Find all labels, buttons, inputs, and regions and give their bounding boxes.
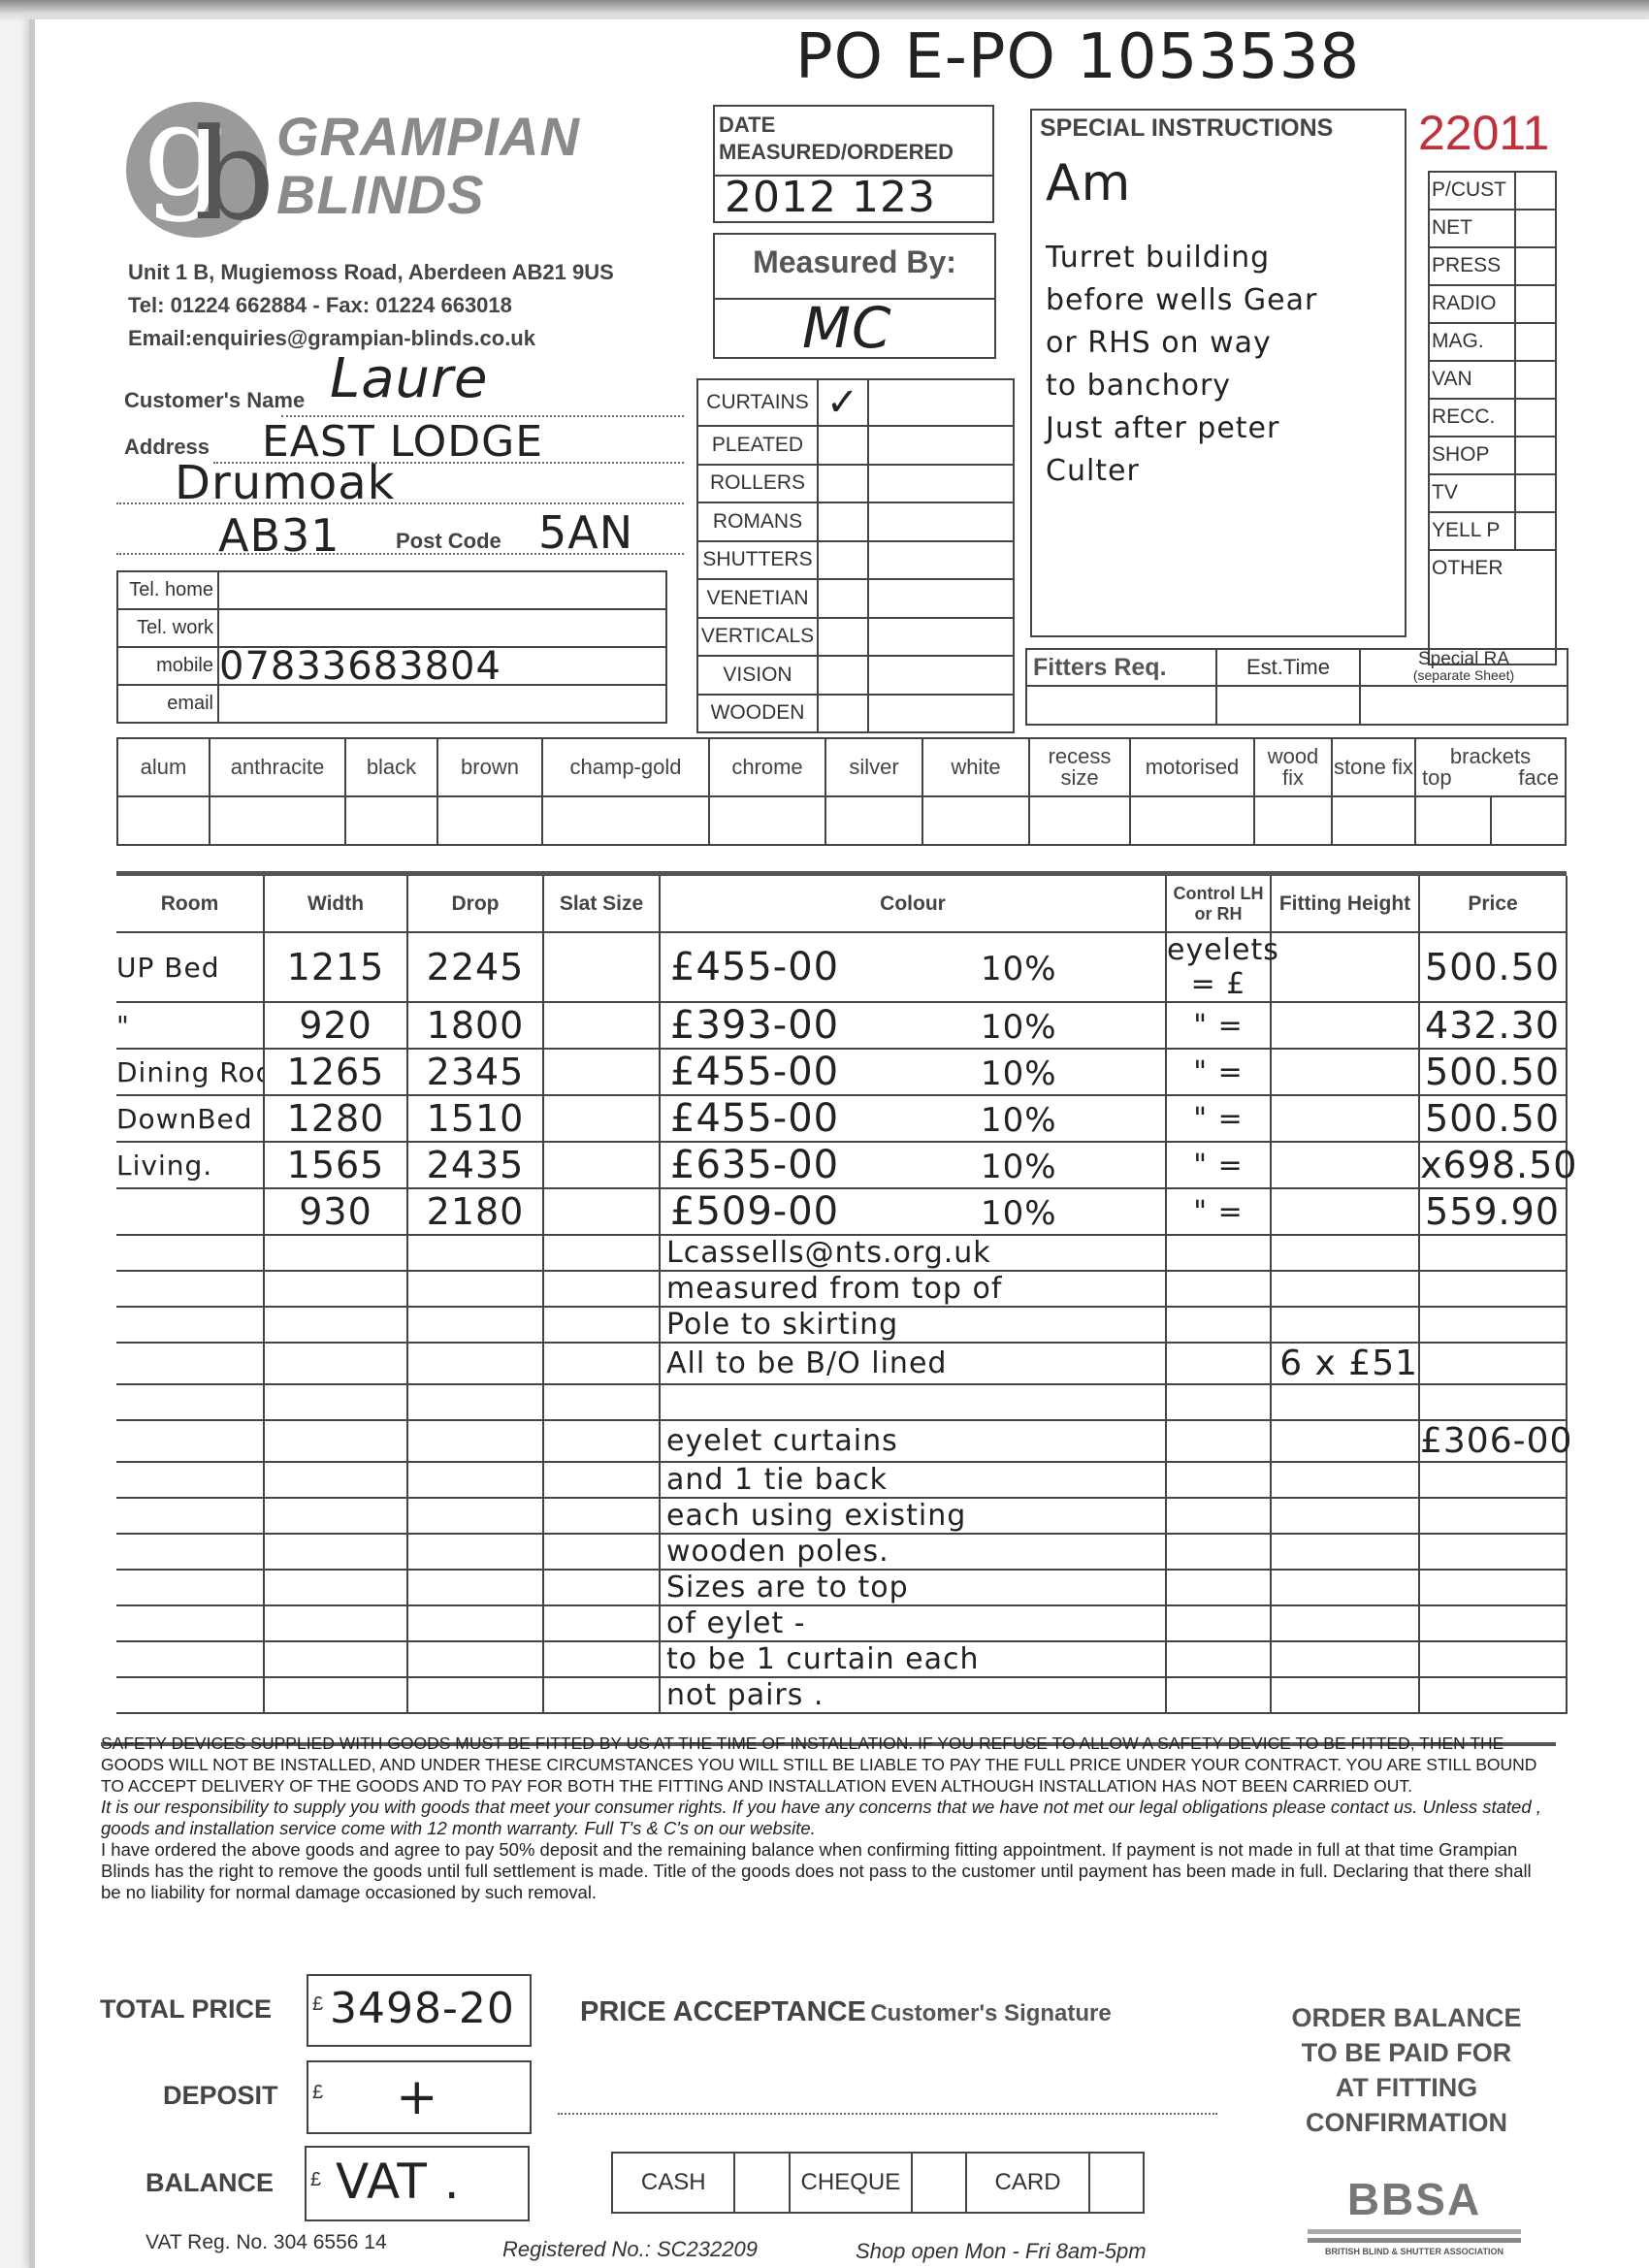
- source-checkbox[interactable]: [1515, 323, 1556, 361]
- order-empty-cell[interactable]: [407, 1605, 543, 1641]
- order-balance-notice: ORDER BALANCE TO BE PAID FOR AT FITTING …: [1251, 2000, 1562, 2140]
- order-empty-cell[interactable]: [407, 1271, 543, 1307]
- order-fitting-height[interactable]: [1271, 1235, 1419, 1271]
- order-note-row: and 1 tie back: [116, 1462, 1567, 1498]
- source-checkbox[interactable]: [1515, 399, 1556, 437]
- brackets-label: bracketstopface: [1415, 738, 1566, 796]
- source-checkbox[interactable]: [1515, 361, 1556, 399]
- source-label: MAG.: [1429, 323, 1515, 361]
- order-price[interactable]: [1419, 1570, 1567, 1605]
- source-checklist: P/CUSTNETPRESSRADIOMAG.VANRECC.SHOPTVYEL…: [1428, 171, 1557, 665]
- order-fitting-height[interactable]: [1271, 1095, 1419, 1142]
- order-empty-cell[interactable]: [116, 1343, 264, 1384]
- order-empty-cell[interactable]: [116, 1235, 264, 1271]
- order-empty-cell[interactable]: [264, 1271, 407, 1307]
- order-colour[interactable]: £455-0010%: [660, 932, 1166, 1002]
- order-empty-cell[interactable]: [264, 1235, 407, 1271]
- product-type-checkbox[interactable]: ✓: [818, 379, 868, 426]
- product-type-notes[interactable]: [868, 465, 1014, 503]
- order-fitting-height[interactable]: [1271, 1605, 1419, 1641]
- order-note[interactable]: wooden poles.: [660, 1534, 1166, 1570]
- order-slat-size[interactable]: [543, 1095, 660, 1142]
- order-drop[interactable]: 1800: [407, 1002, 543, 1049]
- order-colour[interactable]: £509-0010%: [660, 1188, 1166, 1235]
- balance-value[interactable]: VAT .: [336, 2154, 461, 2210]
- brackets-top-checkbox[interactable]: [1415, 796, 1491, 845]
- order-slat-size[interactable]: [543, 1188, 660, 1235]
- finish-option-checkbox[interactable]: [117, 796, 210, 845]
- payment-method-checkbox[interactable]: [734, 2153, 789, 2213]
- fitters-table: Fitters Req. Est.Time Special RA(separat…: [1025, 648, 1568, 726]
- brackets-face-checkbox[interactable]: [1491, 796, 1567, 845]
- finish-option-label: silver: [825, 738, 922, 796]
- order-empty-cell[interactable]: [1166, 1384, 1271, 1420]
- phone-table: Tel. homeTel. workmobile07833683804email: [116, 570, 667, 724]
- order-fitting-height[interactable]: [1271, 1641, 1419, 1677]
- payment-method-label: CASH: [612, 2153, 734, 2213]
- source-checkbox[interactable]: [1515, 437, 1556, 474]
- source-checkbox[interactable]: [1515, 210, 1556, 247]
- order-empty-cell[interactable]: [407, 1570, 543, 1605]
- customer-name-value[interactable]: Laure: [330, 347, 488, 410]
- order-room[interactable]: Living.: [116, 1142, 264, 1188]
- order-column-header: Fitting Height: [1271, 876, 1419, 932]
- order-drop[interactable]: 1510: [407, 1095, 543, 1142]
- order-control[interactable]: eyelets = £: [1166, 932, 1271, 1002]
- product-type-checkbox[interactable]: [818, 541, 868, 580]
- order-empty-cell[interactable]: [543, 1384, 660, 1420]
- order-fitting-height[interactable]: [1271, 1534, 1419, 1570]
- order-price[interactable]: [1419, 1271, 1567, 1307]
- order-empty-cell[interactable]: [1166, 1307, 1271, 1343]
- order-note[interactable]: of eylet -: [660, 1605, 1166, 1641]
- order-price[interactable]: 500.50: [1419, 932, 1567, 1002]
- product-type-notes[interactable]: [868, 541, 1014, 580]
- order-price[interactable]: [1419, 1641, 1567, 1677]
- company-address: Unit 1 B, Mugiemoss Road, Aberdeen AB21 …: [128, 260, 614, 285]
- deposit-value[interactable]: +: [396, 2068, 439, 2126]
- finish-option-checkbox[interactable]: [210, 796, 345, 845]
- shop-hours: Shop open Mon - Fri 8am-5pm: [856, 2239, 1147, 2264]
- order-empty-cell[interactable]: [116, 1534, 264, 1570]
- source-checkbox[interactable]: [1515, 247, 1556, 285]
- order-empty-cell[interactable]: [1166, 1534, 1271, 1570]
- product-type-notes[interactable]: [868, 379, 1014, 426]
- order-empty-cell[interactable]: [407, 1534, 543, 1570]
- order-note[interactable]: to be 1 curtain each: [660, 1641, 1166, 1677]
- order-empty-cell[interactable]: [543, 1307, 660, 1343]
- brackets-top-label: top: [1422, 767, 1452, 789]
- order-drop[interactable]: 2180: [407, 1188, 543, 1235]
- order-empty-cell[interactable]: [1166, 1343, 1271, 1384]
- source-label: PRESS: [1429, 247, 1515, 285]
- order-room[interactable]: [116, 1188, 264, 1235]
- source-label: P/CUST: [1429, 172, 1515, 210]
- price-acceptance-title: PRICE ACCEPTANCE: [580, 1996, 866, 2027]
- order-fitting-height[interactable]: [1271, 1570, 1419, 1605]
- product-type-checkbox[interactable]: [818, 695, 868, 733]
- order-note[interactable]: Sizes are to top: [660, 1570, 1166, 1605]
- brackets-face-label: face: [1518, 767, 1559, 789]
- phone-label: Tel. home: [117, 571, 218, 609]
- product-type-row: PLEATED: [697, 426, 1014, 465]
- order-note[interactable]: measured from top of: [660, 1271, 1166, 1307]
- product-type-row: ROLLERS: [697, 465, 1014, 503]
- product-type-checkbox[interactable]: [818, 502, 868, 541]
- source-row: PRESS: [1429, 247, 1556, 285]
- order-drop[interactable]: 2245: [407, 932, 543, 1002]
- finish-option-checkbox[interactable]: [825, 796, 922, 845]
- order-column-header: Control LH or RH: [1166, 876, 1271, 932]
- order-column-header: Room: [116, 876, 264, 932]
- order-fitting-height[interactable]: [1271, 1307, 1419, 1343]
- est-time-label: Est.Time: [1216, 649, 1360, 686]
- order-empty-cell[interactable]: [1166, 1677, 1271, 1713]
- finish-option-label: champ-gold: [542, 738, 709, 796]
- order-empty-cell[interactable]: [543, 1534, 660, 1570]
- order-empty-cell[interactable]: [264, 1534, 407, 1570]
- order-empty-cell[interactable]: [264, 1641, 407, 1677]
- finish-option-checkbox[interactable]: [542, 796, 709, 845]
- customer-name-label: Customer's Name: [124, 388, 305, 413]
- date-value[interactable]: 2012 123: [725, 173, 936, 222]
- order-slat-size[interactable]: [543, 1049, 660, 1095]
- payment-method-label: CHEQUE: [790, 2153, 912, 2213]
- order-empty-cell[interactable]: [543, 1462, 660, 1498]
- order-price[interactable]: [1419, 1605, 1567, 1641]
- order-price[interactable]: x698.50: [1419, 1142, 1567, 1188]
- finish-option-label: brown: [437, 738, 542, 796]
- order-control[interactable]: " =: [1166, 1095, 1271, 1142]
- source-row: MAG.: [1429, 323, 1556, 361]
- phone-label: Tel. work: [117, 609, 218, 647]
- order-fitting-height[interactable]: [1271, 1462, 1419, 1498]
- order-empty-cell[interactable]: [1166, 1462, 1271, 1498]
- measured-by-value[interactable]: MC: [802, 295, 892, 361]
- product-type-checkbox[interactable]: [818, 579, 868, 618]
- balance-box: £ VAT .: [305, 2146, 530, 2221]
- order-fitting-height[interactable]: [1271, 1002, 1419, 1049]
- order-empty-cell[interactable]: [543, 1677, 660, 1713]
- order-note[interactable]: not pairs .: [660, 1677, 1166, 1713]
- consumer-rights-notice: It is our responsibility to supply you w…: [101, 1797, 1556, 1839]
- product-type-row: VERTICALS: [697, 618, 1014, 657]
- order-price[interactable]: 500.50: [1419, 1095, 1567, 1142]
- order-price[interactable]: £306-00: [1419, 1420, 1567, 1462]
- source-label: VAN: [1429, 361, 1515, 399]
- order-empty-cell[interactable]: [264, 1384, 407, 1420]
- order-slat-size[interactable]: [543, 1002, 660, 1049]
- order-fitting-height[interactable]: [1271, 1049, 1419, 1095]
- order-fitting-height[interactable]: [1271, 1188, 1419, 1235]
- order-empty-cell[interactable]: [264, 1605, 407, 1641]
- phone-label: mobile: [117, 647, 218, 685]
- order-empty-cell[interactable]: [264, 1420, 407, 1462]
- order-width[interactable]: 1280: [264, 1095, 407, 1142]
- order-fitting-height[interactable]: [1271, 1142, 1419, 1188]
- product-type-checkbox[interactable]: [818, 426, 868, 465]
- finish-option-checkbox[interactable]: [1254, 796, 1332, 845]
- phone-value[interactable]: [218, 609, 666, 647]
- payment-method-checkbox[interactable]: [1089, 2153, 1144, 2213]
- order-empty-cell[interactable]: [407, 1641, 543, 1677]
- special-ra-input[interactable]: [1360, 686, 1568, 725]
- source-checkbox[interactable]: [1515, 172, 1556, 210]
- order-empty-cell[interactable]: [264, 1307, 407, 1343]
- payment-method-label: CARD: [966, 2153, 1088, 2213]
- order-empty-cell[interactable]: [1166, 1570, 1271, 1605]
- order-fitting-height[interactable]: [1271, 1677, 1419, 1713]
- order-row: "9201800£393-0010%" =432.30: [116, 1002, 1567, 1049]
- product-type-label: SHUTTERS: [697, 541, 818, 580]
- order-empty-cell[interactable]: [116, 1307, 264, 1343]
- product-type-notes[interactable]: [868, 695, 1014, 733]
- order-note-row: measured from top of: [116, 1271, 1567, 1307]
- order-empty-cell[interactable]: [543, 1420, 660, 1462]
- order-empty-cell[interactable]: [116, 1462, 264, 1498]
- order-note[interactable]: Pole to skirting: [660, 1307, 1166, 1343]
- date-label-1: DATE: [719, 113, 775, 138]
- special-instructions-text[interactable]: Am Turret building before wells Gear or …: [1046, 149, 1317, 493]
- order-control[interactable]: " =: [1166, 1002, 1271, 1049]
- product-type-checkbox[interactable]: [818, 656, 868, 695]
- order-control[interactable]: " =: [1166, 1142, 1271, 1188]
- legal-text: SAFETY DEVICES SUPPLIED WITH GOODS MUST …: [101, 1733, 1556, 1903]
- postcode-value[interactable]: 5AN: [538, 506, 633, 559]
- order-width[interactable]: 1265: [264, 1049, 407, 1095]
- order-empty-cell[interactable]: [1166, 1235, 1271, 1271]
- order-column-header: Slat Size: [543, 876, 660, 932]
- phone-value[interactable]: 07833683804: [218, 647, 666, 685]
- product-type-notes[interactable]: [868, 502, 1014, 541]
- finish-option-checkbox[interactable]: [437, 796, 542, 845]
- order-price[interactable]: [1419, 1462, 1567, 1498]
- source-row: P/CUST: [1429, 172, 1556, 210]
- order-empty-cell[interactable]: [407, 1420, 543, 1462]
- order-drop[interactable]: 2345: [407, 1049, 543, 1095]
- order-room[interactable]: ": [116, 1002, 264, 1049]
- finish-option-checkbox[interactable]: [922, 796, 1029, 845]
- order-fitting-height[interactable]: [1271, 932, 1419, 1002]
- order-empty-cell[interactable]: [264, 1570, 407, 1605]
- phone-value[interactable]: [218, 685, 666, 723]
- order-note[interactable]: and 1 tie back: [660, 1462, 1166, 1498]
- order-empty-cell[interactable]: [407, 1384, 543, 1420]
- finish-option-label: white: [922, 738, 1029, 796]
- fitters-req-input[interactable]: [1026, 686, 1216, 725]
- product-type-notes[interactable]: [868, 618, 1014, 657]
- order-empty-cell[interactable]: [543, 1235, 660, 1271]
- order-empty-cell[interactable]: [407, 1498, 543, 1534]
- order-room[interactable]: UP Bed: [116, 932, 264, 1002]
- order-price[interactable]: [1419, 1498, 1567, 1534]
- order-note-row: [116, 1384, 1567, 1420]
- order-column-header: Drop: [407, 876, 543, 932]
- product-type-notes[interactable]: [868, 656, 1014, 695]
- order-empty-cell[interactable]: [543, 1570, 660, 1605]
- finish-option-label: wood fix: [1254, 738, 1332, 796]
- order-fitting-height[interactable]: [1271, 1271, 1419, 1307]
- order-empty-cell[interactable]: [264, 1677, 407, 1713]
- product-type-label: ROLLERS: [697, 465, 818, 503]
- order-note[interactable]: each using existing: [660, 1498, 1166, 1534]
- finish-option-checkbox[interactable]: [1130, 796, 1254, 845]
- order-slat-size[interactable]: [543, 1142, 660, 1188]
- order-empty-cell[interactable]: [116, 1641, 264, 1677]
- order-colour[interactable]: £455-0010%: [660, 1049, 1166, 1095]
- order-price[interactable]: [1419, 1307, 1567, 1343]
- order-room[interactable]: Dining Room: [116, 1049, 264, 1095]
- finish-option-checkbox[interactable]: [1029, 796, 1130, 845]
- finish-option-checkbox[interactable]: [1332, 796, 1415, 845]
- source-checkbox[interactable]: [1515, 512, 1556, 550]
- order-empty-cell[interactable]: [407, 1462, 543, 1498]
- date-box: DATE MEASURED/ORDERED 2012 123: [713, 105, 994, 223]
- order-empty-cell[interactable]: [407, 1343, 543, 1384]
- product-type-notes[interactable]: [868, 426, 1014, 465]
- order-empty-cell[interactable]: [116, 1420, 264, 1462]
- po-number-handwritten: PO E-PO 1053538: [795, 21, 1360, 93]
- source-row: NET: [1429, 210, 1556, 247]
- order-empty-cell[interactable]: [1166, 1420, 1271, 1462]
- source-row: VAN: [1429, 361, 1556, 399]
- order-price[interactable]: [1419, 1343, 1567, 1384]
- order-price[interactable]: 432.30: [1419, 1002, 1567, 1049]
- order-empty-cell[interactable]: [543, 1641, 660, 1677]
- order-empty-cell[interactable]: [407, 1307, 543, 1343]
- order-note-row: each using existing: [116, 1498, 1567, 1534]
- total-price-value[interactable]: 3498-20: [330, 1984, 515, 2033]
- finish-option-checkbox[interactable]: [345, 796, 437, 845]
- order-empty-cell[interactable]: [1166, 1498, 1271, 1534]
- order-empty-cell[interactable]: [116, 1384, 264, 1420]
- product-type-notes[interactable]: [868, 579, 1014, 618]
- order-column-header: Width: [264, 876, 407, 932]
- order-empty-cell[interactable]: [543, 1498, 660, 1534]
- special-instructions-label: SPECIAL INSTRUCTIONS: [1040, 114, 1333, 143]
- order-empty-cell[interactable]: [116, 1498, 264, 1534]
- address-line-2[interactable]: Drumoak: [175, 456, 395, 510]
- order-price[interactable]: [1419, 1534, 1567, 1570]
- deposit-label: DEPOSIT: [163, 2081, 278, 2111]
- order-price[interactable]: [1419, 1677, 1567, 1713]
- order-note[interactable]: [660, 1384, 1166, 1420]
- order-empty-cell[interactable]: [543, 1605, 660, 1641]
- order-width[interactable]: 1565: [264, 1142, 407, 1188]
- order-empty-cell[interactable]: [116, 1570, 264, 1605]
- product-type-label: PLEATED: [697, 426, 818, 465]
- order-colour[interactable]: £635-0010%: [660, 1142, 1166, 1188]
- source-row: YELL P: [1429, 512, 1556, 550]
- source-label: RADIO: [1429, 285, 1515, 323]
- registered-number: Registered No.: SC232209: [502, 2237, 758, 2262]
- order-note-row: to be 1 curtain each: [116, 1641, 1567, 1677]
- address-line-3[interactable]: AB31: [218, 509, 340, 562]
- vat-number: VAT Reg. No. 304 6556 14: [145, 2231, 387, 2254]
- order-note[interactable]: eyelet curtains: [660, 1420, 1166, 1462]
- source-label: RECC.: [1429, 399, 1515, 437]
- total-price-box: £ 3498-20: [307, 1974, 532, 2047]
- product-type-row: SHUTTERS: [697, 541, 1014, 580]
- bbsa-name: BRITISH BLIND & SHUTTER ASSOCIATION: [1298, 2247, 1531, 2256]
- order-note[interactable]: Lcassells@nts.org.uk: [660, 1235, 1166, 1271]
- finish-option-label: anthracite: [210, 738, 345, 796]
- order-empty-cell[interactable]: [264, 1343, 407, 1384]
- order-slat-size[interactable]: [543, 932, 660, 1002]
- safety-notice: SAFETY DEVICES SUPPLIED WITH GOODS MUST …: [101, 1733, 1556, 1797]
- order-fitting-height[interactable]: [1271, 1420, 1419, 1462]
- order-empty-cell[interactable]: [116, 1677, 264, 1713]
- phone-row: mobile07833683804: [117, 647, 666, 685]
- order-colour[interactable]: £393-0010%: [660, 1002, 1166, 1049]
- deposit-box: £ +: [307, 2060, 532, 2134]
- order-empty-cell[interactable]: [407, 1677, 543, 1713]
- phone-value[interactable]: [218, 571, 666, 609]
- order-note-row: not pairs .: [116, 1677, 1567, 1713]
- measured-by-box: Measured By: MC: [713, 233, 996, 359]
- order-empty-cell[interactable]: [116, 1605, 264, 1641]
- source-checkbox[interactable]: [1515, 285, 1556, 323]
- order-colour[interactable]: £455-0010%: [660, 1095, 1166, 1142]
- order-note-row: eyelet curtains£306-00: [116, 1420, 1567, 1462]
- order-empty-cell[interactable]: [116, 1271, 264, 1307]
- order-empty-cell[interactable]: [264, 1462, 407, 1498]
- order-empty-cell[interactable]: [543, 1343, 660, 1384]
- order-empty-cell[interactable]: [543, 1271, 660, 1307]
- order-empty-cell[interactable]: [264, 1498, 407, 1534]
- source-label: SHOP: [1429, 437, 1515, 474]
- order-empty-cell[interactable]: [407, 1235, 543, 1271]
- order-room[interactable]: DownBed: [116, 1095, 264, 1142]
- phone-row: Tel. home: [117, 571, 666, 609]
- order-price[interactable]: [1419, 1384, 1567, 1420]
- order-note[interactable]: All to be B/O lined: [660, 1343, 1166, 1384]
- order-fitting-height[interactable]: [1271, 1498, 1419, 1534]
- order-price[interactable]: 500.50: [1419, 1049, 1567, 1095]
- order-control[interactable]: " =: [1166, 1049, 1271, 1095]
- finish-options-table: alumanthraciteblackbrownchamp-goldchrome…: [116, 737, 1567, 846]
- form-serial-number: 22011: [1418, 105, 1549, 161]
- order-note-row: of eylet -: [116, 1605, 1567, 1641]
- order-width[interactable]: 930: [264, 1188, 407, 1235]
- order-fitting-height[interactable]: 6 x £51: [1271, 1343, 1419, 1384]
- phone-row: Tel. work: [117, 609, 666, 647]
- payment-method-checkbox[interactable]: [912, 2153, 966, 2213]
- brand-name-line2: BLINDS: [276, 163, 484, 226]
- order-drop[interactable]: 2435: [407, 1142, 543, 1188]
- product-type-label: VISION: [697, 656, 818, 695]
- order-empty-cell[interactable]: [1166, 1271, 1271, 1307]
- finish-option-checkbox[interactable]: [709, 796, 825, 845]
- order-width[interactable]: 1215: [264, 932, 407, 1002]
- signature-line[interactable]: [558, 2113, 1217, 2115]
- product-type-checkbox[interactable]: [818, 618, 868, 657]
- product-type-checkbox[interactable]: [818, 465, 868, 503]
- order-fitting-height[interactable]: [1271, 1384, 1419, 1420]
- order-price[interactable]: 559.90: [1419, 1188, 1567, 1235]
- order-empty-cell[interactable]: [1166, 1605, 1271, 1641]
- order-row: DownBed12801510£455-0010%" =500.50: [116, 1095, 1567, 1142]
- order-price[interactable]: [1419, 1235, 1567, 1271]
- order-width[interactable]: 920: [264, 1002, 407, 1049]
- order-empty-cell[interactable]: [1166, 1641, 1271, 1677]
- bbsa-logo: BBSA BRITISH BLIND & SHUTTER ASSOCIATION: [1298, 2173, 1531, 2256]
- finish-option-label: stone fix: [1332, 738, 1415, 796]
- order-control[interactable]: " =: [1166, 1188, 1271, 1235]
- est-time-input[interactable]: [1216, 686, 1360, 725]
- source-checkbox[interactable]: [1515, 474, 1556, 512]
- product-type-row: VISION: [697, 656, 1014, 695]
